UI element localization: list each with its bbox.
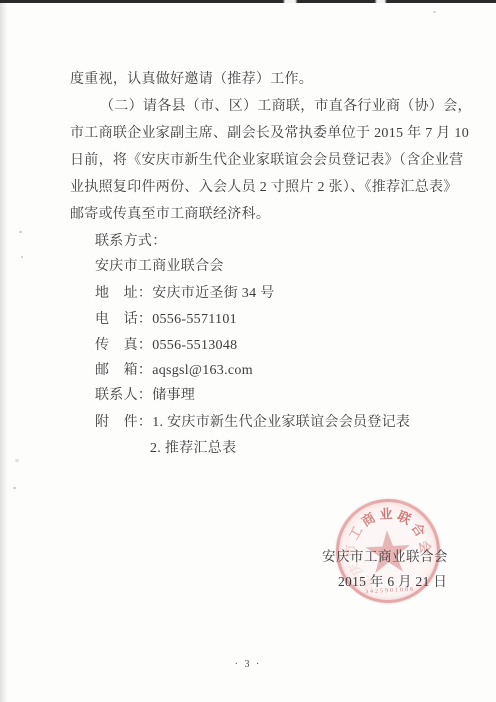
page-number: · 3 ·	[0, 659, 496, 670]
body-line: 业执照复印件两份、入会人员 2 寸照片 2 张）、《推荐汇总表》	[70, 180, 458, 197]
scan-speck	[15, 459, 19, 462]
contact-phone: 电 话：0556-5571101	[95, 312, 237, 329]
contact-fax: 传 真：0556-5513048	[95, 338, 237, 355]
seal-arc-char: 商	[357, 507, 378, 530]
body-line: 市工商联企业家副主席、副会长及常执委单位于 2015 年 7 月 10	[70, 126, 469, 143]
scan-speck	[19, 231, 22, 233]
contact-org: 安庆市工商业联合会	[95, 259, 224, 276]
attachment-line-1: 附 件：1. 安庆市新生代企业家联谊会会员登记表	[95, 415, 410, 432]
scan-speck	[433, 11, 436, 13]
scan-top-edge	[0, 0, 496, 3]
seal-arc-char: 工	[343, 522, 366, 543]
body-line: 度重视，认真做好邀请（推荐）工作。	[70, 72, 313, 89]
contact-address: 地 址：安庆市近圣街 34 号	[95, 286, 275, 303]
signature-date: 2015 年 6 月 21 日	[338, 570, 447, 590]
scanned-page: 度重视，认真做好邀请（推荐）工作。 （二）请各县（市、区）工商联，市直各行业商（…	[0, 0, 496, 702]
contact-email: 邮 箱：aqsgsl@163.com	[95, 363, 253, 380]
body-line: （二）请各县（市、区）工商联，市直各行业商（协）会，	[100, 99, 472, 116]
contact-person: 联系人：储事理	[95, 388, 195, 405]
attachment-line-2: 2. 推荐汇总表	[150, 441, 236, 458]
scan-speck	[21, 256, 23, 258]
contact-heading: 联系方式：	[95, 234, 167, 251]
body-line: 邮寄或传真至市工商联经济科。	[70, 207, 270, 224]
scan-left-edge	[0, 3, 8, 702]
body-line: 日前，将《安庆市新生代企业家联谊会会员登记表》（含企业营	[70, 153, 463, 170]
seal-arc-char: 业	[379, 503, 393, 523]
seal-arc-char: 合	[408, 518, 431, 540]
scan-speck	[13, 487, 16, 489]
signature-org: 安庆市工商业联合会	[322, 545, 448, 565]
